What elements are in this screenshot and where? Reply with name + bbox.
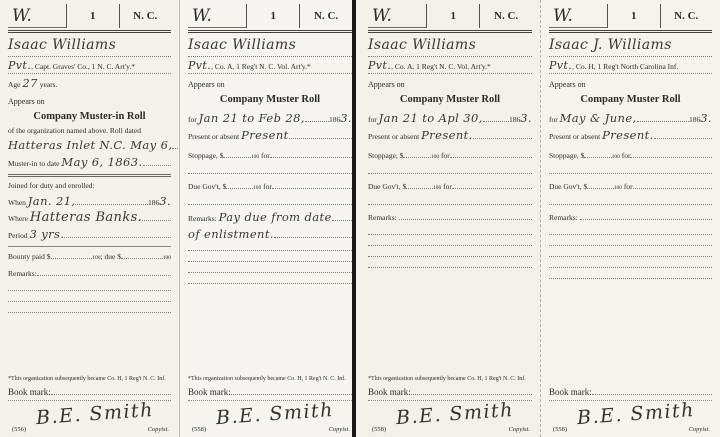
- due-for-label: for: [443, 181, 452, 193]
- muster-in-label: Muster-in to date: [8, 158, 60, 170]
- header-letter: W.: [368, 5, 426, 28]
- dotted-line: [368, 194, 532, 205]
- age-label: Age: [8, 79, 21, 91]
- header-state: N. C.: [660, 4, 712, 28]
- remarks-row: Remarks:: [549, 211, 712, 224]
- dotted-fill: [332, 212, 352, 221]
- remarks-label: Remarks:: [368, 212, 397, 224]
- dotted-line: [188, 273, 352, 284]
- book-mark-label: Book mark:: [8, 386, 51, 398]
- when-value: Jan. 21,: [28, 195, 76, 207]
- period-label: Period: [8, 230, 28, 242]
- dotted-fill: [75, 196, 147, 205]
- where-label: Where: [8, 213, 28, 225]
- due-cents: 100: [433, 182, 441, 194]
- dotted-fill: [223, 149, 250, 158]
- appears-on-label: Appears on: [549, 79, 712, 90]
- rank-unit-line: Pvt., Capt. Graves' Co., 1 N. C. Art'y.*: [8, 59, 171, 74]
- stoppage-row: Stoppage, $ 100 for: [368, 149, 532, 163]
- dotted-fill: [274, 229, 352, 238]
- present-label: Present or absent: [368, 131, 419, 143]
- spacer: [188, 284, 352, 370]
- dotted-fill: [403, 149, 430, 158]
- dotted-fill: [305, 113, 329, 122]
- for-value: May & June,: [560, 112, 637, 124]
- muster-roll-card-scan: W. 1 N. C. Isaac Williams Pvt., Capt. Gr…: [0, 0, 720, 437]
- spacer: [549, 279, 712, 383]
- soldier-name: Isaac Williams: [188, 37, 352, 57]
- organization-footnote: *This organization subsequently became C…: [8, 375, 171, 383]
- dotted-line: [549, 194, 712, 205]
- year-handwritten: 3.: [340, 112, 352, 124]
- joined-label: Joined for duty and enrolled:: [8, 180, 95, 192]
- book-mark-row: Book mark:: [549, 386, 712, 398]
- due-cents: 100: [253, 182, 261, 194]
- dotted-fill: [289, 130, 352, 139]
- appears-on-label: Appears on: [368, 79, 532, 90]
- for-value: Jan 21 to Apl 30,: [379, 112, 483, 124]
- roll-title: Company Muster Roll: [188, 93, 352, 106]
- form-number: (558): [553, 426, 567, 433]
- header-state: N. C.: [479, 4, 532, 28]
- remarks-value-line1: Pay due from date: [219, 211, 332, 223]
- organization-footnote: *This organization subsequently became C…: [188, 375, 352, 383]
- signature-block: B.E. Smith (556) Copyist.: [8, 400, 171, 434]
- card-header: W. 1 N. C.: [8, 4, 171, 33]
- soldier-name: Isaac J. Williams: [549, 37, 712, 57]
- for-row: for Jan 21 to Apl 30, 1863.: [368, 112, 532, 126]
- dotted-fill: [637, 113, 689, 122]
- due-govt-label: Due Gov't, $: [549, 181, 587, 193]
- dotted-line: [549, 224, 712, 235]
- present-row: Present or absent Present: [188, 129, 352, 143]
- when-label: When: [8, 197, 26, 209]
- present-value: Present: [241, 129, 289, 141]
- due-govt-label: Due Gov't, $: [368, 181, 406, 193]
- form-number: (558): [192, 426, 206, 433]
- appears-on-label: Appears on: [188, 79, 352, 90]
- dotted-fill: [592, 386, 712, 395]
- dotted-fill: [452, 180, 532, 189]
- due-for-label: for: [624, 181, 633, 193]
- dotted-fill: [584, 149, 611, 158]
- rank-unit-line: Pvt., Co. H, 1 Reg't North Carolina Inf.: [549, 59, 712, 74]
- joined-row: Joined for duty and enrolled:: [8, 180, 171, 192]
- copyist-label: Copyist.: [148, 426, 170, 433]
- age-value: 27: [22, 77, 37, 89]
- dotted-fill: [142, 212, 171, 221]
- dotted-fill: [37, 267, 171, 276]
- dotted-fill: [630, 149, 712, 158]
- copyist-signature: B.E. Smith: [215, 399, 334, 429]
- rank-value: Pvt.: [188, 59, 211, 72]
- due-govt-row: Due Gov't, $ 100 for: [549, 180, 712, 194]
- stoppage-for-label: for: [261, 150, 270, 162]
- dotted-fill: [121, 250, 163, 259]
- dotted-fill: [473, 130, 532, 139]
- stoppage-for-label: for: [441, 150, 450, 162]
- remarks-value-line2: of enlistment.: [188, 228, 274, 240]
- signature-block: B.E. Smith (558) Copyist.: [188, 400, 352, 434]
- form-number: (558): [372, 426, 386, 433]
- dotted-fill: [51, 250, 93, 259]
- muster-roll-card-jan-feb: W. 1 N. C. Isaac Williams Pvt., Co. A, 1…: [180, 0, 360, 437]
- header-letter: W.: [188, 5, 246, 28]
- dotted-fill: [406, 180, 433, 189]
- stoppage-label: Stoppage, $: [188, 150, 223, 162]
- stoppage-for-label: for: [622, 150, 631, 162]
- form-number: (556): [12, 426, 26, 433]
- dotted-fill: [411, 386, 532, 395]
- header-regiment-number: 1: [66, 4, 118, 28]
- period-row: Period 3 yrs.: [8, 228, 171, 242]
- stoppage-row: Stoppage, $ 100 for: [549, 149, 712, 163]
- dotted-fill: [272, 180, 352, 189]
- roll-subtitle: of the organization named above. Roll da…: [8, 125, 171, 136]
- stoppage-cents: 100: [612, 151, 620, 163]
- dotted-line: [8, 302, 171, 313]
- dotted-line: [188, 240, 352, 251]
- card-divider-line: [352, 0, 356, 437]
- stoppage-label: Stoppage, $: [368, 150, 403, 162]
- book-mark-label: Book mark:: [368, 386, 411, 398]
- dotted-line: [368, 224, 532, 235]
- soldier-name: Isaac Williams: [8, 37, 171, 57]
- dotted-fill: [226, 180, 253, 189]
- bounty-row: Bounty paid $ 100 ; due $ 100: [8, 250, 171, 264]
- present-label: Present or absent: [549, 131, 600, 143]
- book-mark-row: Book mark:: [188, 386, 352, 398]
- present-value: Present.: [602, 129, 654, 141]
- dotted-line: [8, 291, 171, 302]
- dotted-fill: [587, 180, 613, 189]
- rank-unit-line: Pvt., Co. A, 1 Reg't N. C. Vol. Art'y.*: [368, 59, 532, 74]
- roll-title: Company Muster Roll: [368, 93, 532, 106]
- roll-title: Company Muster-in Roll: [8, 110, 171, 123]
- for-row: for May & June, 1863.: [549, 112, 712, 126]
- header-letter: W.: [8, 5, 66, 28]
- stoppage-row: Stoppage, $ 100 for: [188, 149, 352, 163]
- dotted-fill: [51, 386, 171, 395]
- card-header: W. 1 N. C.: [188, 4, 352, 33]
- spacer: [8, 313, 171, 370]
- present-value: Present.: [421, 129, 473, 141]
- muster-in-row: Muster-in to date May 6, 1863.: [8, 156, 171, 170]
- dotted-line: [368, 235, 532, 246]
- dotted-fill: [654, 130, 712, 139]
- dotted-line: [368, 257, 532, 268]
- muster-roll-card-may-june: W. 1 N. C. Isaac J. Williams Pvt., Co. H…: [540, 0, 720, 437]
- stoppage-label: Stoppage, $: [549, 150, 584, 162]
- copyist-signature: B.E. Smith: [576, 399, 695, 429]
- roll-dated-row: Hatteras Inlet N.C. May 6, 1863.: [8, 139, 171, 153]
- stoppage-cents: 100: [251, 151, 259, 163]
- period-value: 3 yrs.: [29, 228, 64, 240]
- header-regiment-number: 1: [246, 4, 299, 28]
- present-label: Present or absent: [188, 131, 239, 143]
- bounty-due-label: ; due $: [101, 251, 121, 263]
- copyist-label: Copyist.: [689, 426, 711, 433]
- when-row: When Jan. 21, 1863.: [8, 195, 171, 209]
- age-suffix: years.: [40, 79, 58, 91]
- when-year-printed: 186: [148, 197, 159, 209]
- rank-value: Pvt.: [549, 59, 572, 72]
- present-row: Present or absent Present.: [368, 129, 532, 143]
- present-row: Present or absent Present.: [549, 129, 712, 143]
- header-regiment-number: 1: [426, 4, 479, 28]
- dotted-line: [8, 280, 171, 291]
- dotted-fill: [483, 113, 509, 122]
- due-govt-label: Due Gov't, $: [188, 181, 226, 193]
- year-printed: 186: [329, 114, 340, 126]
- soldier-name: Isaac Williams: [368, 37, 532, 57]
- dotted-line: [549, 235, 712, 246]
- section-divider: [8, 246, 171, 247]
- bounty-cents: 100: [92, 252, 100, 264]
- year-handwritten: 3.: [700, 112, 712, 124]
- dotted-fill: [143, 157, 171, 166]
- section-divider: [8, 174, 171, 177]
- header-letter: W.: [549, 5, 607, 28]
- dotted-line: [188, 194, 352, 205]
- copyist-label: Copyist.: [329, 426, 351, 433]
- header-regiment-number: 1: [607, 4, 659, 28]
- for-label: for: [549, 114, 558, 126]
- dotted-fill: [633, 180, 712, 189]
- where-value: Hatteras Banks.: [30, 212, 142, 224]
- remarks-label: Remarks:: [8, 268, 37, 280]
- bounty-label: Bounty paid $: [8, 251, 51, 263]
- book-mark-label: Book mark:: [549, 386, 592, 398]
- dotted-line: [549, 163, 712, 174]
- due-cents: 100: [614, 182, 622, 194]
- remarks-label: Remarks:: [188, 213, 217, 225]
- for-row: for Jan 21 to Feb 28, 1863.: [188, 112, 352, 126]
- remarks-row-2: of enlistment.: [188, 228, 352, 240]
- card-header: W. 1 N. C.: [549, 4, 712, 33]
- header-state: N. C.: [299, 4, 352, 28]
- signature-block: B.E. Smith (558) Copyist.: [368, 400, 532, 434]
- remarks-label: Remarks:: [549, 212, 578, 224]
- spacer: [368, 268, 532, 370]
- dotted-line: [368, 163, 532, 174]
- stoppage-cents: 100: [431, 151, 439, 163]
- year-handwritten: 3.: [520, 112, 532, 124]
- year-printed: 186: [689, 114, 700, 126]
- remarks-row: Remarks:: [8, 267, 171, 280]
- roll-title: Company Muster Roll: [549, 93, 712, 106]
- year-printed: 186: [509, 114, 520, 126]
- dotted-fill: [450, 149, 532, 158]
- book-mark-label: Book mark:: [188, 386, 231, 398]
- card-header: W. 1 N. C.: [368, 4, 532, 33]
- remarks-row: Remarks: Pay due from date: [188, 211, 352, 225]
- dotted-line: [188, 251, 352, 262]
- dotted-fill: [231, 386, 352, 395]
- book-mark-row: Book mark:: [8, 386, 171, 398]
- rank-value: Pvt.: [8, 59, 31, 72]
- dotted-fill: [580, 211, 712, 220]
- copyist-signature: B.E. Smith: [395, 399, 514, 429]
- roll-dated-value: Hatteras Inlet N.C. May 6,: [8, 139, 172, 151]
- appears-on-label: Appears on: [8, 96, 171, 107]
- copyist-signature: B.E. Smith: [35, 399, 154, 429]
- dotted-line: [188, 262, 352, 273]
- unit-text: , Capt. Graves' Co., 1 N. C. Art'y.*: [31, 62, 135, 71]
- book-mark-row: Book mark:: [368, 386, 532, 398]
- for-label: for: [188, 114, 197, 126]
- bounty-due-cents: 100: [163, 252, 171, 264]
- age-row: Age 27 years.: [8, 77, 171, 91]
- organization-footnote: *This organization subsequently became C…: [368, 375, 532, 383]
- dotted-fill: [399, 211, 532, 220]
- dotted-fill: [270, 149, 352, 158]
- header-state: N. C.: [119, 4, 171, 28]
- rank-value: Pvt.: [368, 59, 391, 72]
- where-row: Where Hatteras Banks.: [8, 212, 171, 225]
- dotted-line: [368, 246, 532, 257]
- remarks-row: Remarks:: [368, 211, 532, 224]
- dotted-line: [188, 163, 352, 174]
- when-year-handwritten: 3.: [159, 195, 171, 207]
- unit-text: , Co. A, 1 Reg't N. C. Vol. Art'y.*: [211, 62, 311, 71]
- due-for-label: for: [263, 181, 272, 193]
- dotted-line: [549, 246, 712, 257]
- rank-unit-line: Pvt., Co. A, 1 Reg't N. C. Vol. Art'y.*: [188, 59, 352, 74]
- for-label: for: [368, 114, 377, 126]
- dotted-fill: [64, 229, 171, 238]
- unit-text: , Co. H, 1 Reg't North Carolina Inf.: [572, 62, 678, 71]
- copyist-label: Copyist.: [509, 426, 531, 433]
- unit-text: , Co. A, 1 Reg't N. C. Vol. Art'y.*: [391, 62, 491, 71]
- muster-in-value: May 6, 1863.: [61, 156, 142, 168]
- dotted-line: [549, 268, 712, 279]
- due-govt-row: Due Gov't, $ 100 for: [188, 180, 352, 194]
- for-value: Jan 21 to Feb 28,: [199, 112, 305, 124]
- muster-in-roll-card: W. 1 N. C. Isaac Williams Pvt., Capt. Gr…: [0, 0, 180, 437]
- signature-block: B.E. Smith (558) Copyist.: [549, 400, 712, 434]
- dotted-line: [549, 257, 712, 268]
- muster-roll-card-jan-apr: W. 1 N. C. Isaac Williams Pvt., Co. A, 1…: [360, 0, 540, 437]
- due-govt-row: Due Gov't, $ 100 for: [368, 180, 532, 194]
